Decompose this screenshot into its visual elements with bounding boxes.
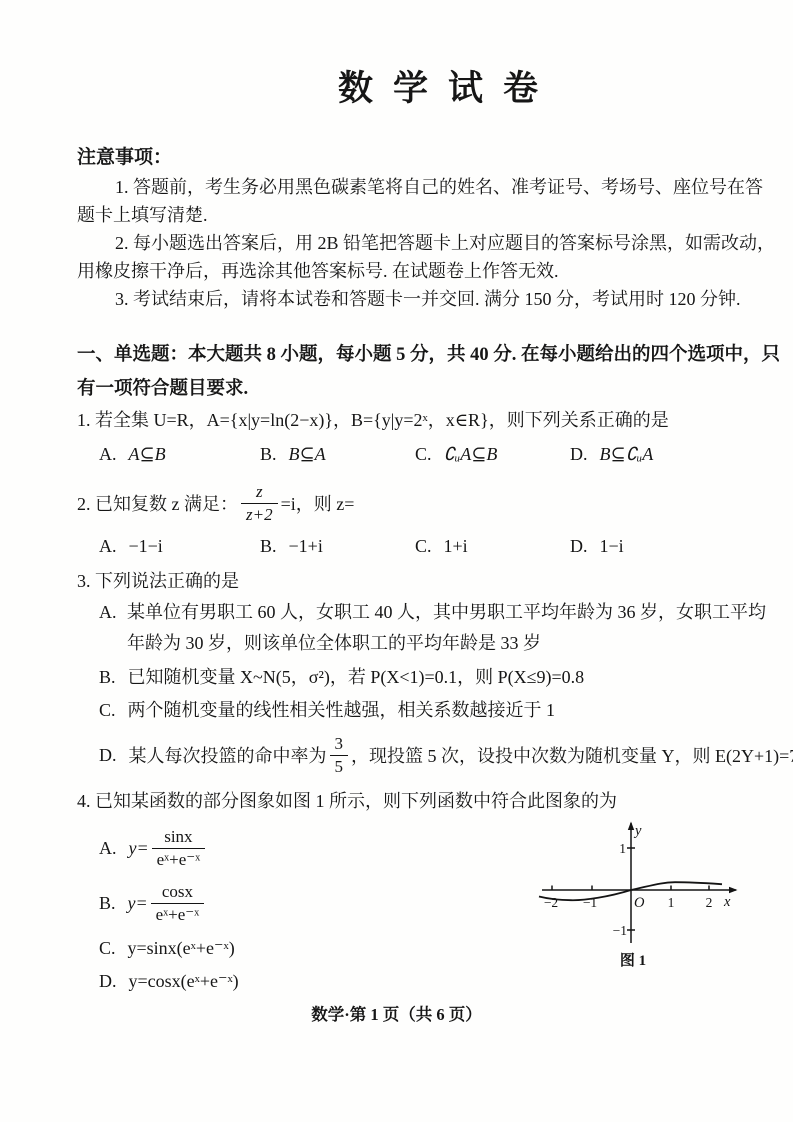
q3-option-d-post: ，现投篮 5 次，设投中次数为随机变量 Y，则 E(2Y+1)=7 [351, 742, 793, 768]
q3-option-b: B.已知随机变量 X~N(5，σ²)，若 P(X<1)=0.1，则 P(X≤9)… [99, 667, 584, 689]
figure-caption: 图 1 [620, 951, 646, 969]
q4-option-c-label: C. [99, 938, 116, 958]
x-axis-arrow [729, 887, 738, 893]
q4-option-b: B. y= cosx eˣ+e⁻ˣ [99, 879, 207, 927]
q1-option-d-label: D. [570, 444, 588, 464]
section-1-header-line-1: 一、单选题：本大题共 8 小题，每小题 5 分，共 40 分. 在每小题给出的四… [77, 344, 780, 366]
page-title: 数学试卷 [338, 68, 558, 110]
q4-option-b-fraction: cosx eˣ+e⁻ˣ [151, 882, 204, 923]
q3-option-d: D. 某人每次投篮的命中率为 3 5 ，现投篮 5 次，设投中次数为随机变量 Y… [99, 732, 793, 778]
q1-stem: 1. 若全集 U=R，A={x|y=ln(2−x)}，B={y|y=2ˣ，x∈R… [77, 410, 669, 432]
q4-option-b-fraction-denominator: eˣ+e⁻ˣ [151, 903, 204, 924]
q3-stem: 3. 下列说法正确的是 [77, 571, 239, 593]
q2-option-c-label: C. [415, 536, 432, 556]
q1-option-d: D.B⊆∁ᵤA [570, 444, 653, 466]
q3-option-d-label: D. [99, 745, 117, 766]
q4-option-c-text: y=sinx(eˣ+e⁻ˣ) [128, 938, 235, 958]
q2-fraction-numerator: z [251, 482, 268, 502]
figure-1-graph: −2 −1 1 2 1 −1 O x y 图 1 [533, 812, 745, 974]
q2-fraction: z z+2 [241, 482, 278, 523]
q1-option-a: A.A⊆B [99, 444, 166, 466]
q1-option-b: B.B⊆A [260, 444, 326, 466]
y-tick-label-neg1: −1 [613, 923, 627, 938]
q2-stem-post: =i，则 z= [281, 490, 355, 516]
q2-option-a-text: −1−i [129, 536, 163, 556]
q1-option-b-label: B. [260, 444, 277, 464]
q2-option-b-label: B. [260, 536, 277, 556]
q3-option-b-label: B. [99, 667, 116, 687]
notes-item-2-line-2: 用橡皮擦干净后，再选涂其他答案标号. 在试题卷上作答无效. [77, 261, 559, 283]
q3-option-a-label: A. [99, 602, 117, 624]
q4-stem: 4. 已知某函数的部分图象如图 1 所示，则下列函数中符合此图象的为 [77, 791, 617, 813]
q1-option-d-text: B⊆∁ᵤA [600, 444, 654, 464]
q3-option-c: C.两个随机变量的线性相关性越强，相关系数越接近于 1 [99, 700, 555, 722]
q3-option-b-text: 已知随机变量 X~N(5，σ²)，若 P(X<1)=0.1，则 P(X≤9)=0… [128, 667, 585, 687]
q4-option-a-fraction: sinx eˣ+e⁻ˣ [152, 827, 205, 868]
notes-item-1-line-1: 1. 答题前，考生务必用黑色碳素笔将自己的姓名、准考证号、考场号、座位号在答 [115, 177, 763, 199]
q1-option-c: C.∁ᵤA⊆B [415, 444, 497, 466]
q2-stem-pre: 2. 已知复数 z 满足： [77, 490, 238, 516]
q3-option-d-pre: 某人每次投篮的命中率为 [129, 742, 327, 768]
q4-option-a-label: A. [99, 838, 117, 859]
q4-option-a-fraction-numerator: sinx [159, 827, 197, 847]
x-tick-label-neg2: −2 [544, 895, 558, 910]
q1-option-b-text: B⊆A [289, 444, 326, 464]
q4-option-b-fraction-numerator: cosx [157, 882, 198, 902]
q3-option-d-fraction-numerator: 3 [330, 734, 349, 754]
q1-option-a-text: A⊆B [129, 444, 166, 464]
x-tick-label-2: 2 [706, 895, 713, 910]
notes-item-2-line-1: 2. 每小题选出答案后，用 2B 铅笔把答题卡上对应题目的答案标号涂黑，如需改动… [115, 233, 775, 255]
q3-option-a-line-1: 某单位有男职工 60 人，女职工 40 人，其中男职工平均年龄为 36 岁，女职… [127, 602, 766, 624]
y-axis-label: y [633, 823, 642, 839]
q4-option-a: A. y= sinx eˣ+e⁻ˣ [99, 824, 208, 872]
q3-option-a-line-2: 年龄为 30 岁，则该单位全体职工的平均年龄是 33 岁 [127, 633, 541, 655]
q1-option-a-label: A. [99, 444, 117, 464]
exam-page: 数学试卷 注意事项： 1. 答题前，考生务必用黑色碳素笔将自己的姓名、准考证号、… [0, 0, 793, 1122]
q1-option-c-text: ∁ᵤA⊆B [444, 444, 498, 464]
x-axis-label: x [723, 894, 731, 910]
origin-label: O [634, 895, 645, 911]
q3-option-d-fraction: 3 5 [330, 734, 349, 775]
q2-option-b-text: −1+i [289, 536, 323, 556]
q2-stem: 2. 已知复数 z 满足： z z+2 =i，则 z= [77, 479, 354, 527]
page-footer: 数学·第 1 页（共 6 页） [0, 1005, 793, 1025]
q2-option-c-text: 1+i [444, 536, 468, 556]
q4-option-a-fraction-denominator: eˣ+e⁻ˣ [152, 848, 205, 869]
q4-option-b-pre: y= [128, 893, 148, 914]
q2-option-a: A.−1−i [99, 536, 163, 558]
y-axis-arrow [628, 822, 634, 831]
q2-option-d-text: 1−i [600, 536, 624, 556]
q2-option-d-label: D. [570, 536, 588, 556]
q4-option-a-pre: y= [129, 838, 149, 859]
q3-option-c-label: C. [99, 700, 116, 720]
x-tick-label-1: 1 [668, 895, 675, 910]
q4-option-d-label: D. [99, 971, 117, 991]
section-1-header-line-2: 有一项符合题目要求. [77, 378, 248, 400]
q4-option-c: C.y=sinx(eˣ+e⁻ˣ) [99, 938, 235, 960]
q2-option-a-label: A. [99, 536, 117, 556]
q2-option-b: B.−1+i [260, 536, 323, 558]
q3-option-c-text: 两个随机变量的线性相关性越强，相关系数越接近于 1 [128, 700, 556, 720]
q3-option-d-fraction-denominator: 5 [330, 755, 349, 776]
q4-option-d-text: y=cosx(eˣ+e⁻ˣ) [129, 971, 239, 991]
y-tick-label-1: 1 [619, 841, 626, 856]
q1-option-c-label: C. [415, 444, 432, 464]
x-tick-label-neg1: −1 [583, 895, 597, 910]
q4-option-d: D.y=cosx(eˣ+e⁻ˣ) [99, 971, 239, 993]
notes-item-1-line-2: 题卡上填写清楚. [77, 205, 208, 227]
q2-option-d: D.1−i [570, 536, 624, 558]
q2-option-c: C.1+i [415, 536, 468, 558]
notes-heading: 注意事项： [77, 147, 172, 170]
notes-item-3: 3. 考试结束后，请将本试卷和答题卡一并交回. 满分 150 分，考试用时 12… [115, 289, 741, 311]
q2-fraction-denominator: z+2 [241, 503, 278, 524]
q4-option-b-label: B. [99, 893, 116, 914]
